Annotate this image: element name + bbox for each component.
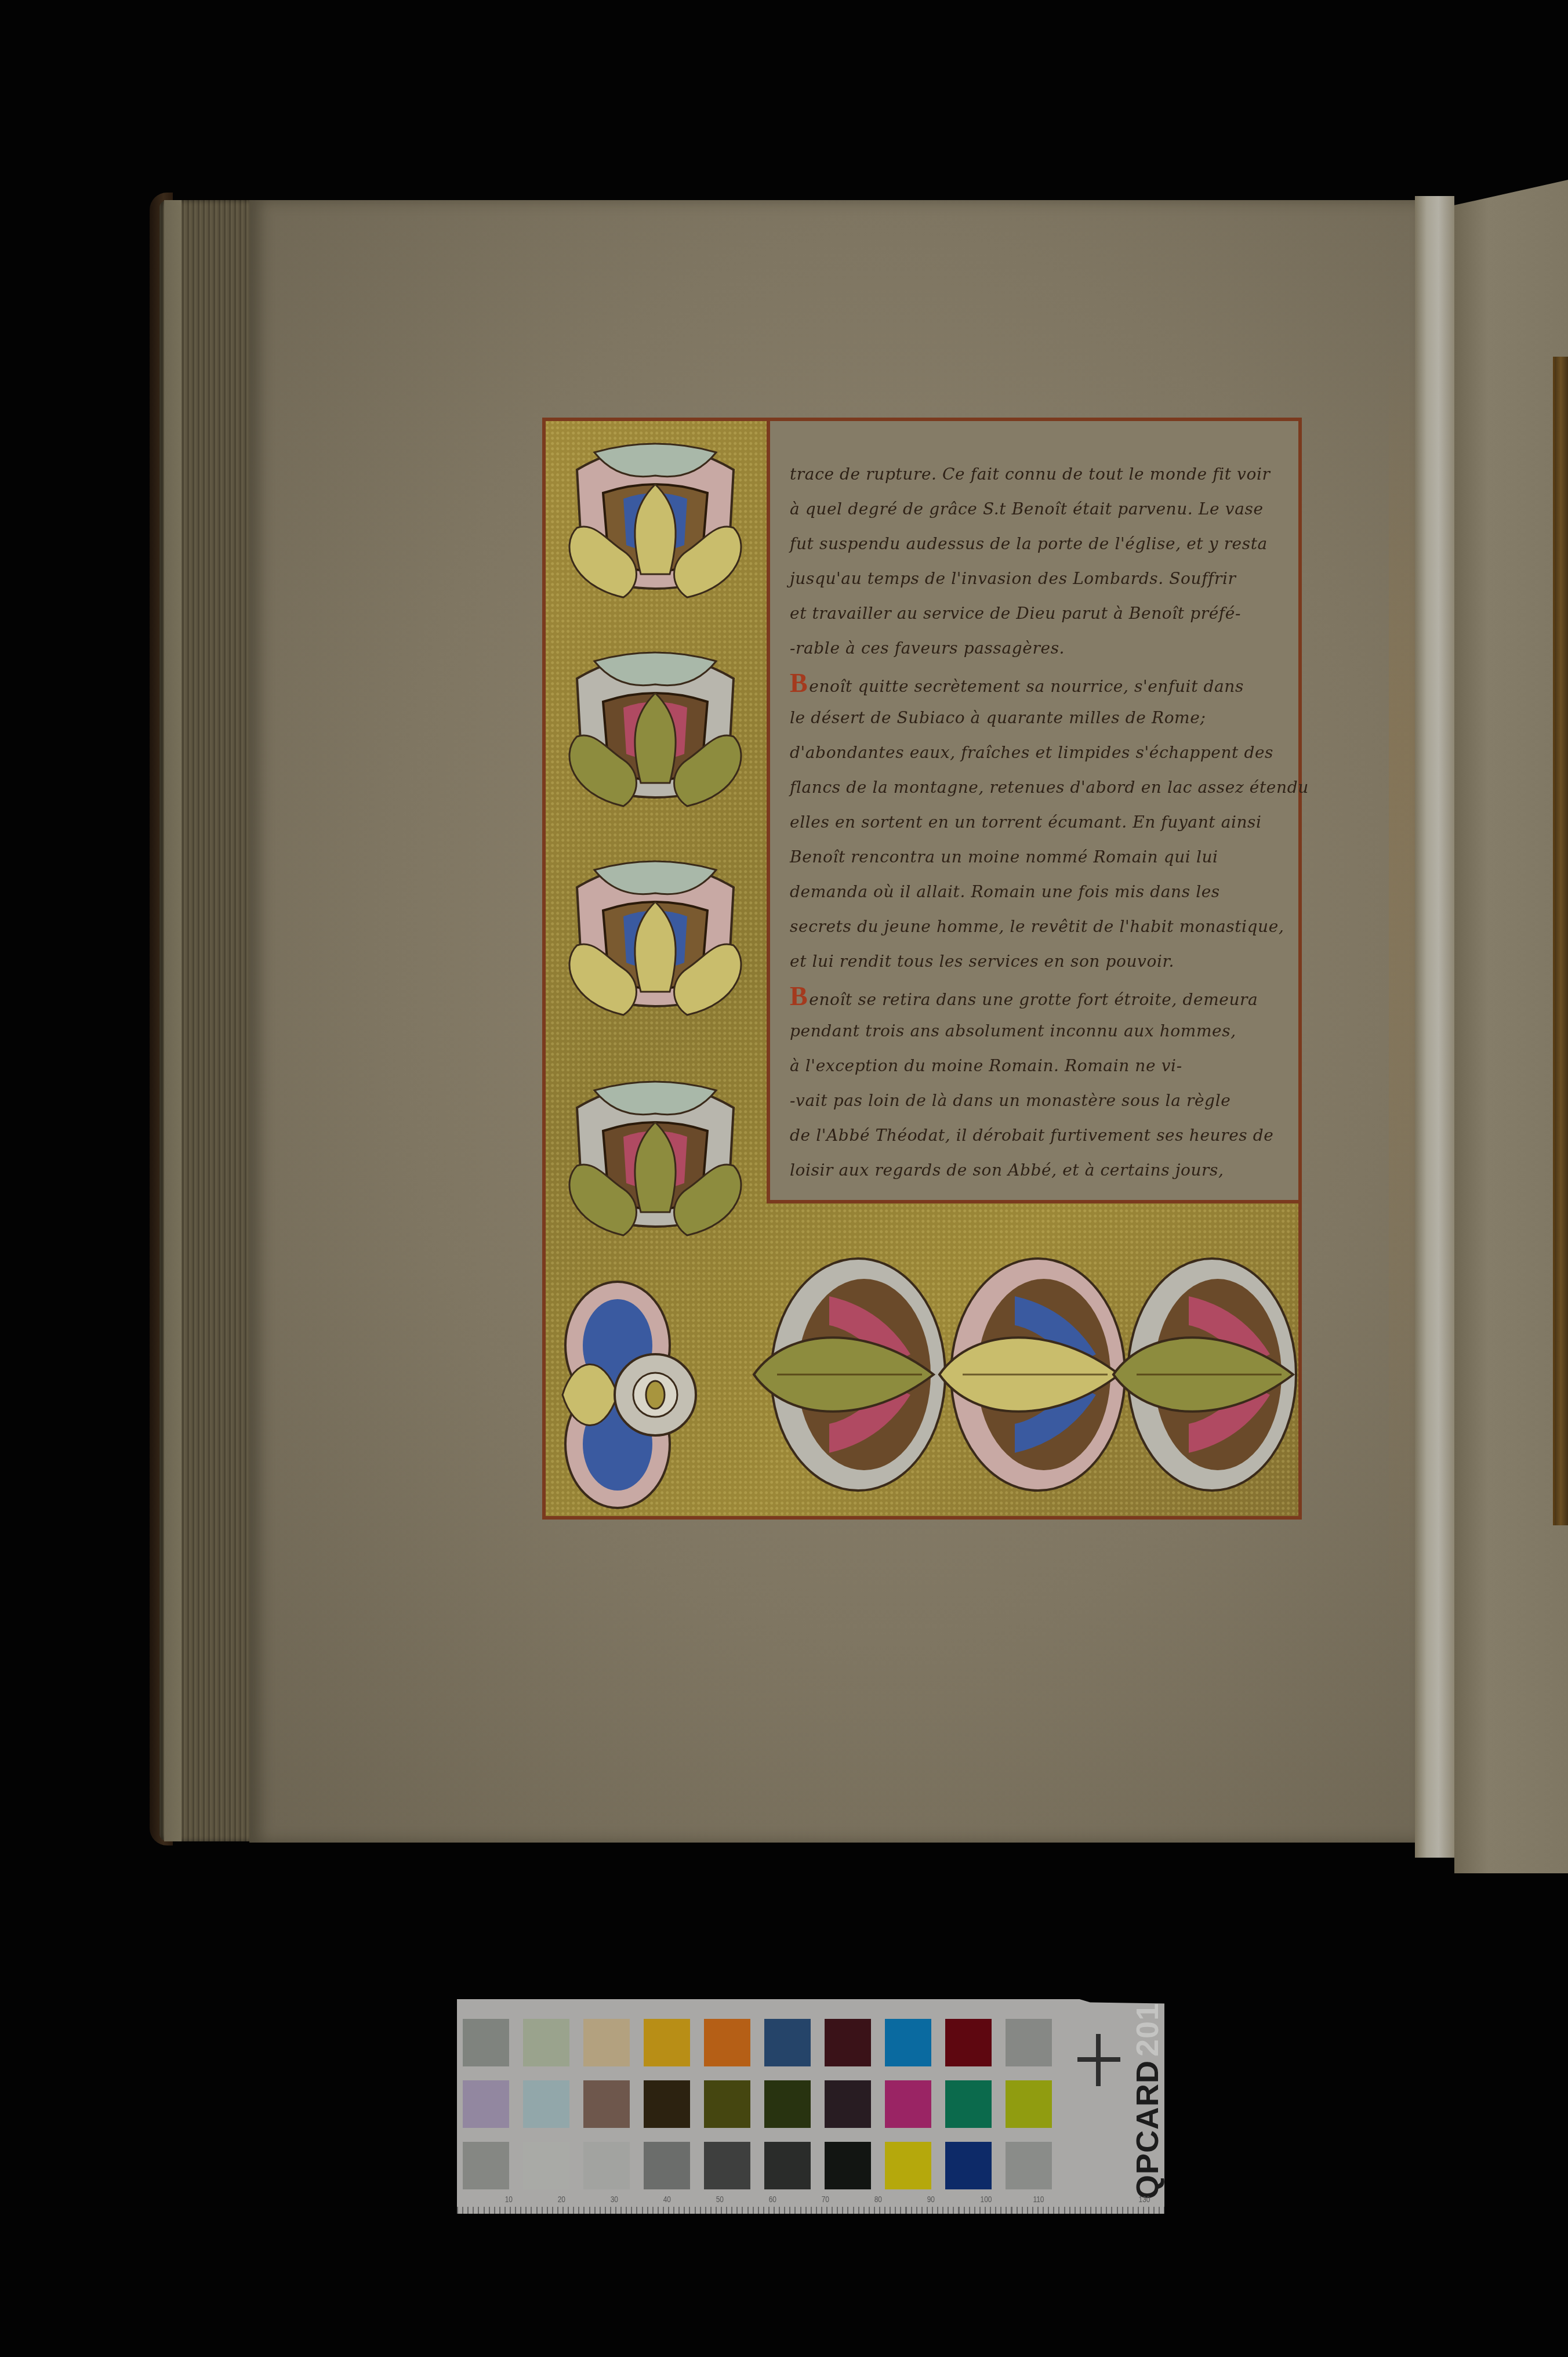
text-line: pendant trois ans absolument inconnu aux…: [790, 1014, 1286, 1049]
color-swatch: [1006, 2019, 1052, 2066]
color-calibration-card: QPCARD201 102030405060708090100110130: [457, 1999, 1164, 2214]
foxing-stain: [1389, 336, 1415, 1670]
red-initial: B: [790, 981, 808, 1011]
acanthus-ornament-icon: [554, 638, 757, 829]
facing-page: [1454, 180, 1568, 1873]
text-block: trace de rupture. Ce fait connu de tout …: [767, 418, 1302, 1203]
ruler-tick-label: 50: [716, 2195, 724, 2204]
red-initial: B: [790, 668, 808, 698]
ruler-tick-label: 30: [611, 2195, 618, 2204]
color-swatch: [704, 2142, 750, 2189]
color-swatch: [764, 2080, 811, 2128]
color-swatch: [885, 2142, 931, 2189]
ruler-tick-label: 130: [1139, 2195, 1150, 2204]
card-brand: QPCARD201: [1130, 2003, 1166, 2199]
ruler-tick-label: 100: [981, 2195, 992, 2204]
color-swatch: [523, 2019, 569, 2066]
ruler-tick-label: 90: [927, 2195, 935, 2204]
text-line: Benoît rencontra un moine nommé Romain q…: [790, 840, 1286, 875]
page-block-edge: [159, 200, 252, 1841]
text-line: jusqu'au temps de l'invasion des Lombard…: [790, 561, 1286, 596]
color-swatch: [825, 2080, 871, 2128]
text-line: loisir aux regards de son Abbé, et à cer…: [790, 1153, 1286, 1188]
color-swatch: [825, 2019, 871, 2066]
crosshair-icon: [1077, 2057, 1120, 2062]
acanthus-ornament-icon: [554, 1067, 757, 1259]
color-swatch: [945, 2080, 992, 2128]
ruler-tick-label: 70: [822, 2195, 829, 2204]
text-line: -rable à ces faveurs passagères.: [790, 631, 1286, 666]
color-swatch: [463, 2019, 509, 2066]
text-line: secrets du jeune homme, le revêtit de l'…: [790, 909, 1286, 944]
text-line: demanda où il allait. Romain une fois mi…: [790, 875, 1286, 909]
color-swatch: [945, 2142, 992, 2189]
text-line: à l'exception du moine Romain. Romain ne…: [790, 1049, 1286, 1083]
color-swatch: [1006, 2142, 1052, 2189]
acanthus-ornament-icon: [1102, 1238, 1311, 1511]
color-swatch: [463, 2142, 509, 2189]
text-line: elles en sortent en un torrent écumant. …: [790, 805, 1286, 840]
acanthus-ornament-icon: [742, 1238, 951, 1511]
text-line: flancs de la montagne, retenues d'abord …: [790, 770, 1286, 805]
color-swatch: [764, 2142, 811, 2189]
color-swatch: [825, 2142, 871, 2189]
text-line: d'abondantes eaux, fraîches et limpides …: [790, 735, 1286, 770]
text-line: -vait pas loin de là dans un monastère s…: [790, 1083, 1286, 1118]
text-line: de l'Abbé Théodat, il dérobait furtiveme…: [790, 1118, 1286, 1153]
color-swatch: [704, 2080, 750, 2128]
text-line: et travailler au service de Dieu parut à…: [790, 596, 1286, 631]
color-swatch: [885, 2080, 931, 2128]
ruler-tick-label: 20: [558, 2195, 565, 2204]
color-swatch: [583, 2080, 630, 2128]
color-swatch: [885, 2019, 931, 2066]
text-line: enoît se retira dans une grotte fort étr…: [809, 990, 1258, 1009]
acanthus-ornament-icon: [554, 847, 757, 1038]
ruler-tick-label: 110: [1033, 2195, 1044, 2204]
color-swatch: [523, 2142, 569, 2189]
color-swatch: [463, 2080, 509, 2128]
acanthus-ornament-icon: [554, 429, 757, 621]
color-swatch: [644, 2019, 690, 2066]
facing-plate-edge: [1553, 357, 1568, 1525]
color-swatch: [644, 2080, 690, 2128]
flyleaf: [164, 200, 182, 1841]
color-swatch: [523, 2080, 569, 2128]
text-line-with-initial: Benoît quitte secrètement sa nourrice, s…: [790, 666, 1286, 701]
color-swatch: [583, 2019, 630, 2066]
text-line: enoît quitte secrètement sa nourrice, s'…: [809, 677, 1244, 696]
text-line: à quel degré de grâce S.t Benoît était p…: [790, 492, 1286, 527]
ruler-tick-label: 40: [663, 2195, 671, 2204]
text-line: trace de rupture. Ce fait connu de tout …: [790, 457, 1286, 492]
text-line: et lui rendit tous les services en son p…: [790, 944, 1286, 979]
color-swatch: [583, 2142, 630, 2189]
ruler-tick-label: 10: [505, 2195, 513, 2204]
rosette-flower-icon: [551, 1270, 736, 1514]
ruler-tick-label: 80: [874, 2195, 882, 2204]
text-line-with-initial: Benoît se retira dans une grotte fort ét…: [790, 979, 1286, 1014]
color-swatch: [1006, 2080, 1052, 2128]
text-line: le désert de Subiaco à quarante milles d…: [790, 701, 1286, 735]
ruler-tick-label: 60: [769, 2195, 776, 2204]
color-swatch: [704, 2019, 750, 2066]
color-swatch: [945, 2019, 992, 2066]
color-swatch: [644, 2142, 690, 2189]
binding-gutter: [1415, 196, 1454, 1858]
text-line: fut suspendu audessus de la porte de l'é…: [790, 527, 1286, 561]
color-swatch: [764, 2019, 811, 2066]
